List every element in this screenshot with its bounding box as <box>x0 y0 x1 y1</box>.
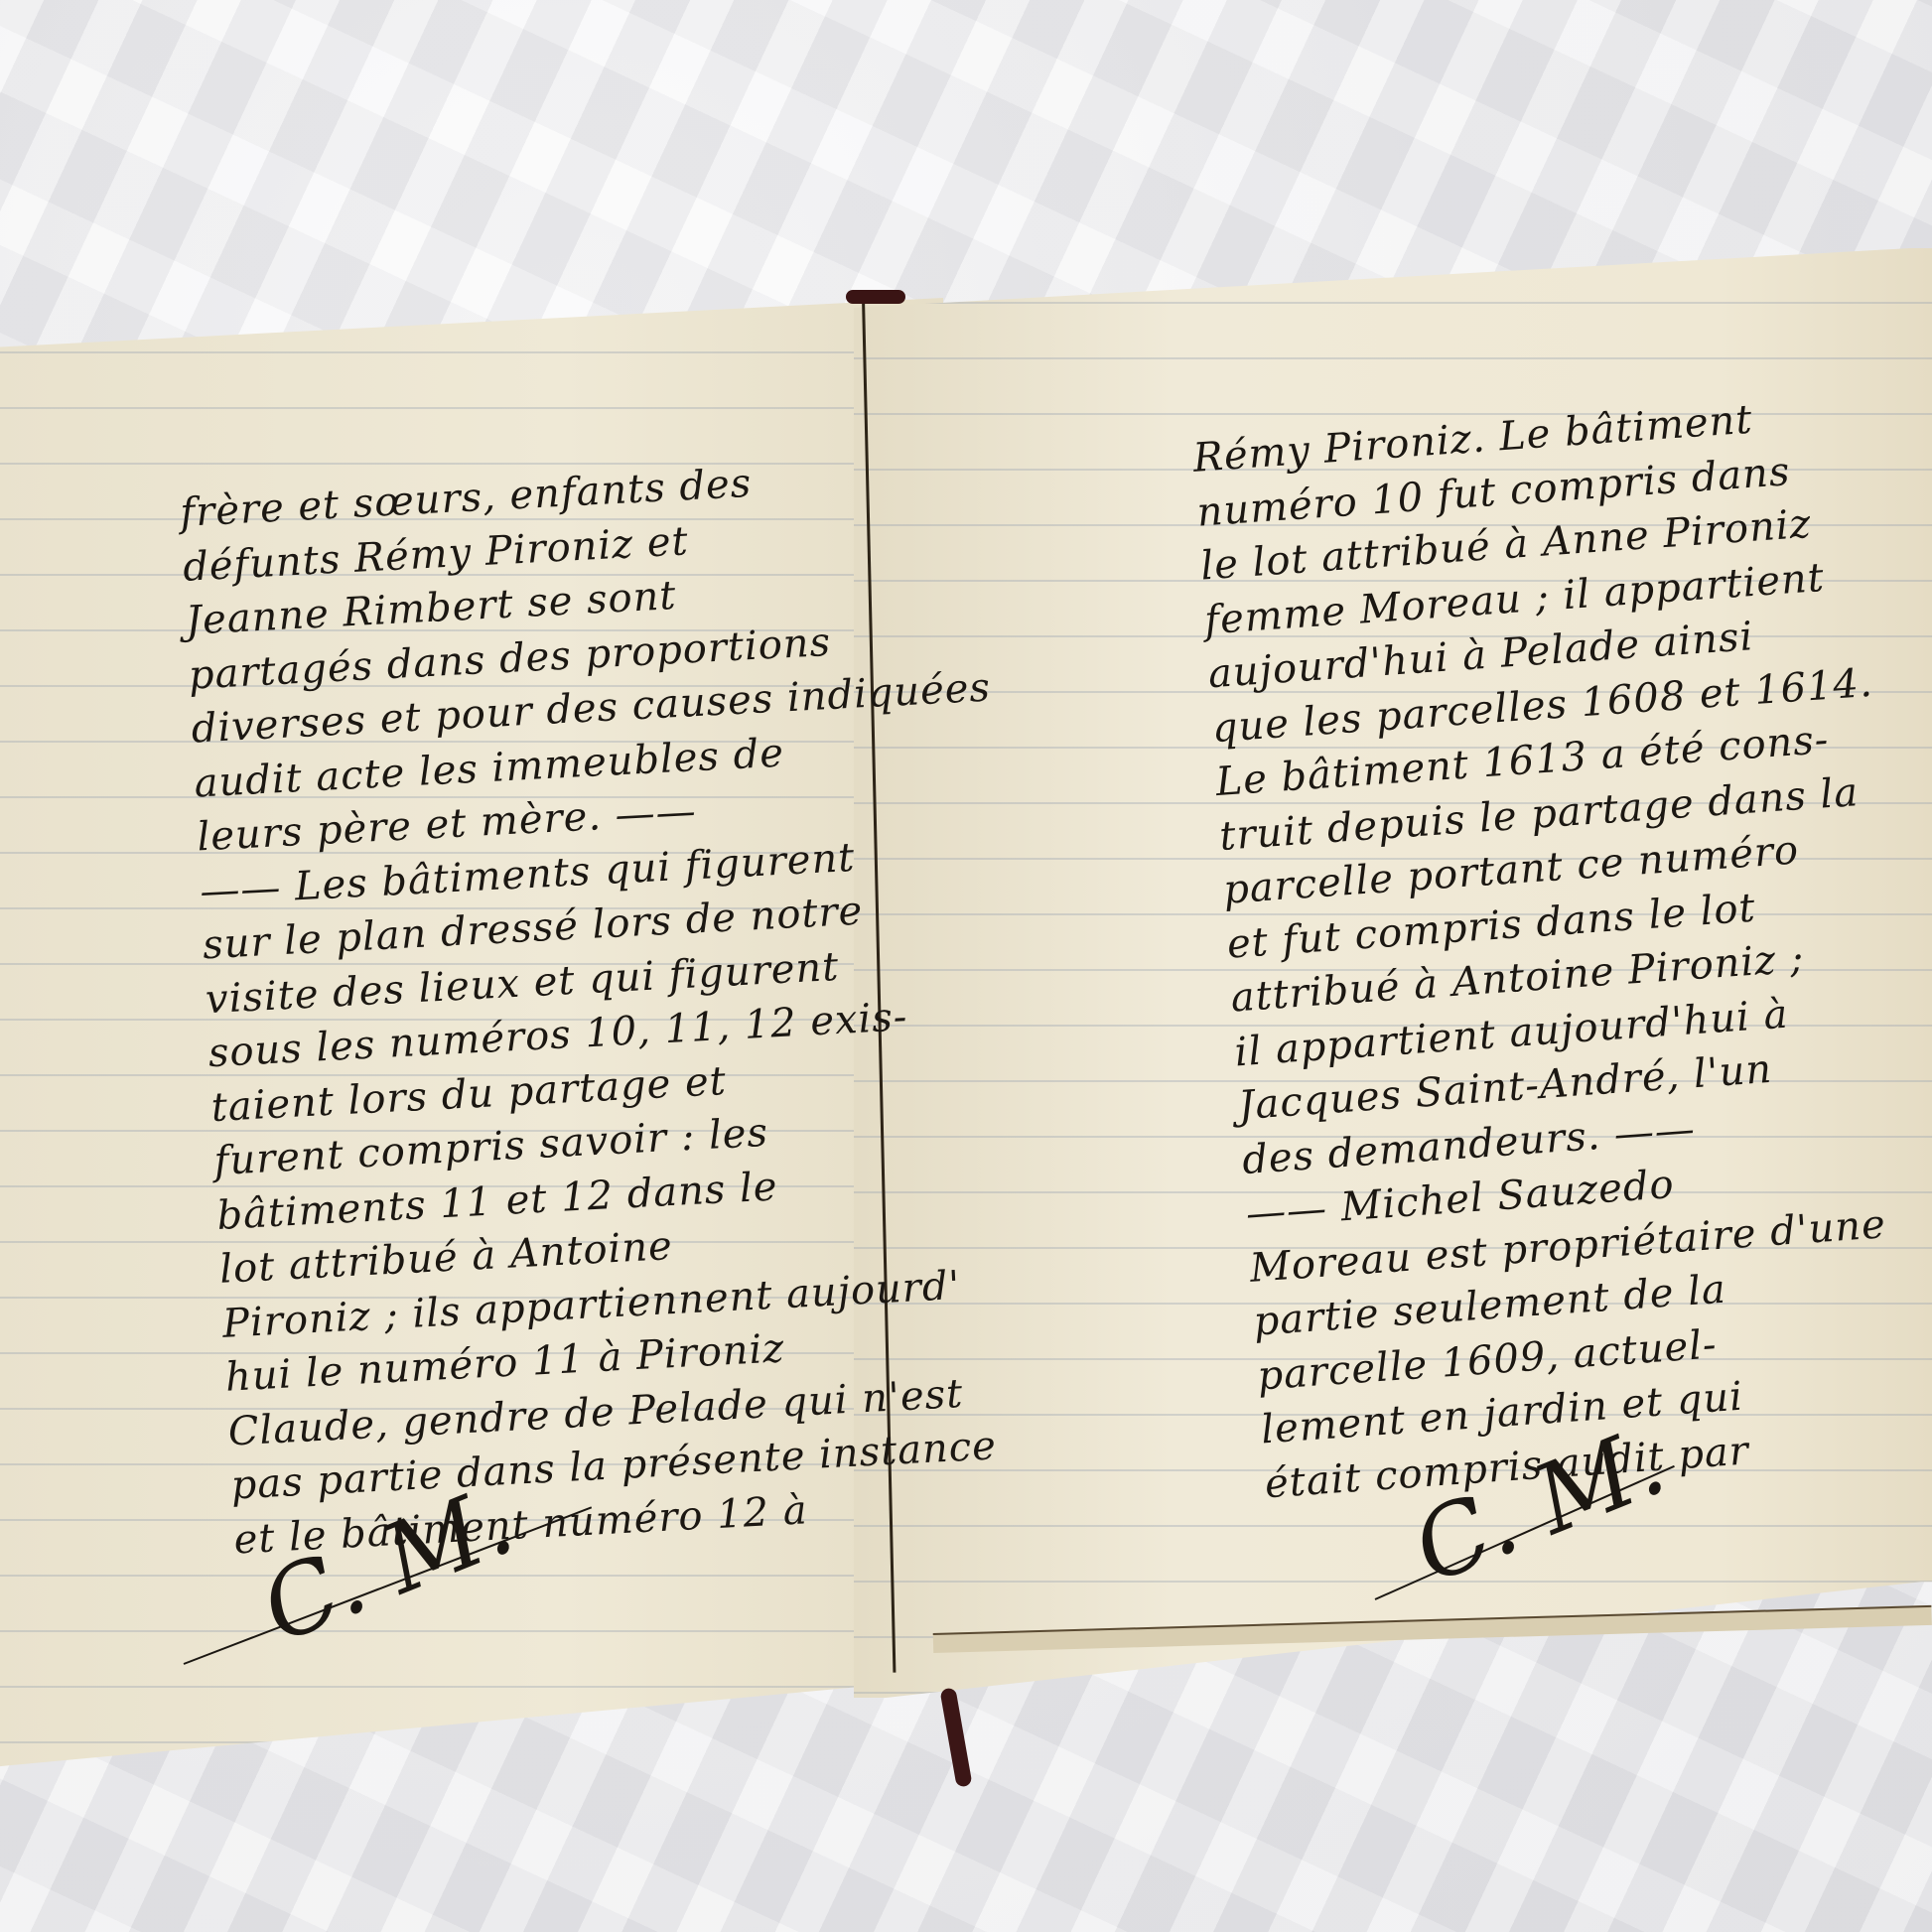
right-page-text: Rémy Pironiz. Le bâtiment numéro 10 fut … <box>1191 382 1932 1512</box>
left-page-text: frère et sœurs, enfants des défunts Rémy… <box>179 449 949 1567</box>
binding-thread-top <box>846 290 905 304</box>
